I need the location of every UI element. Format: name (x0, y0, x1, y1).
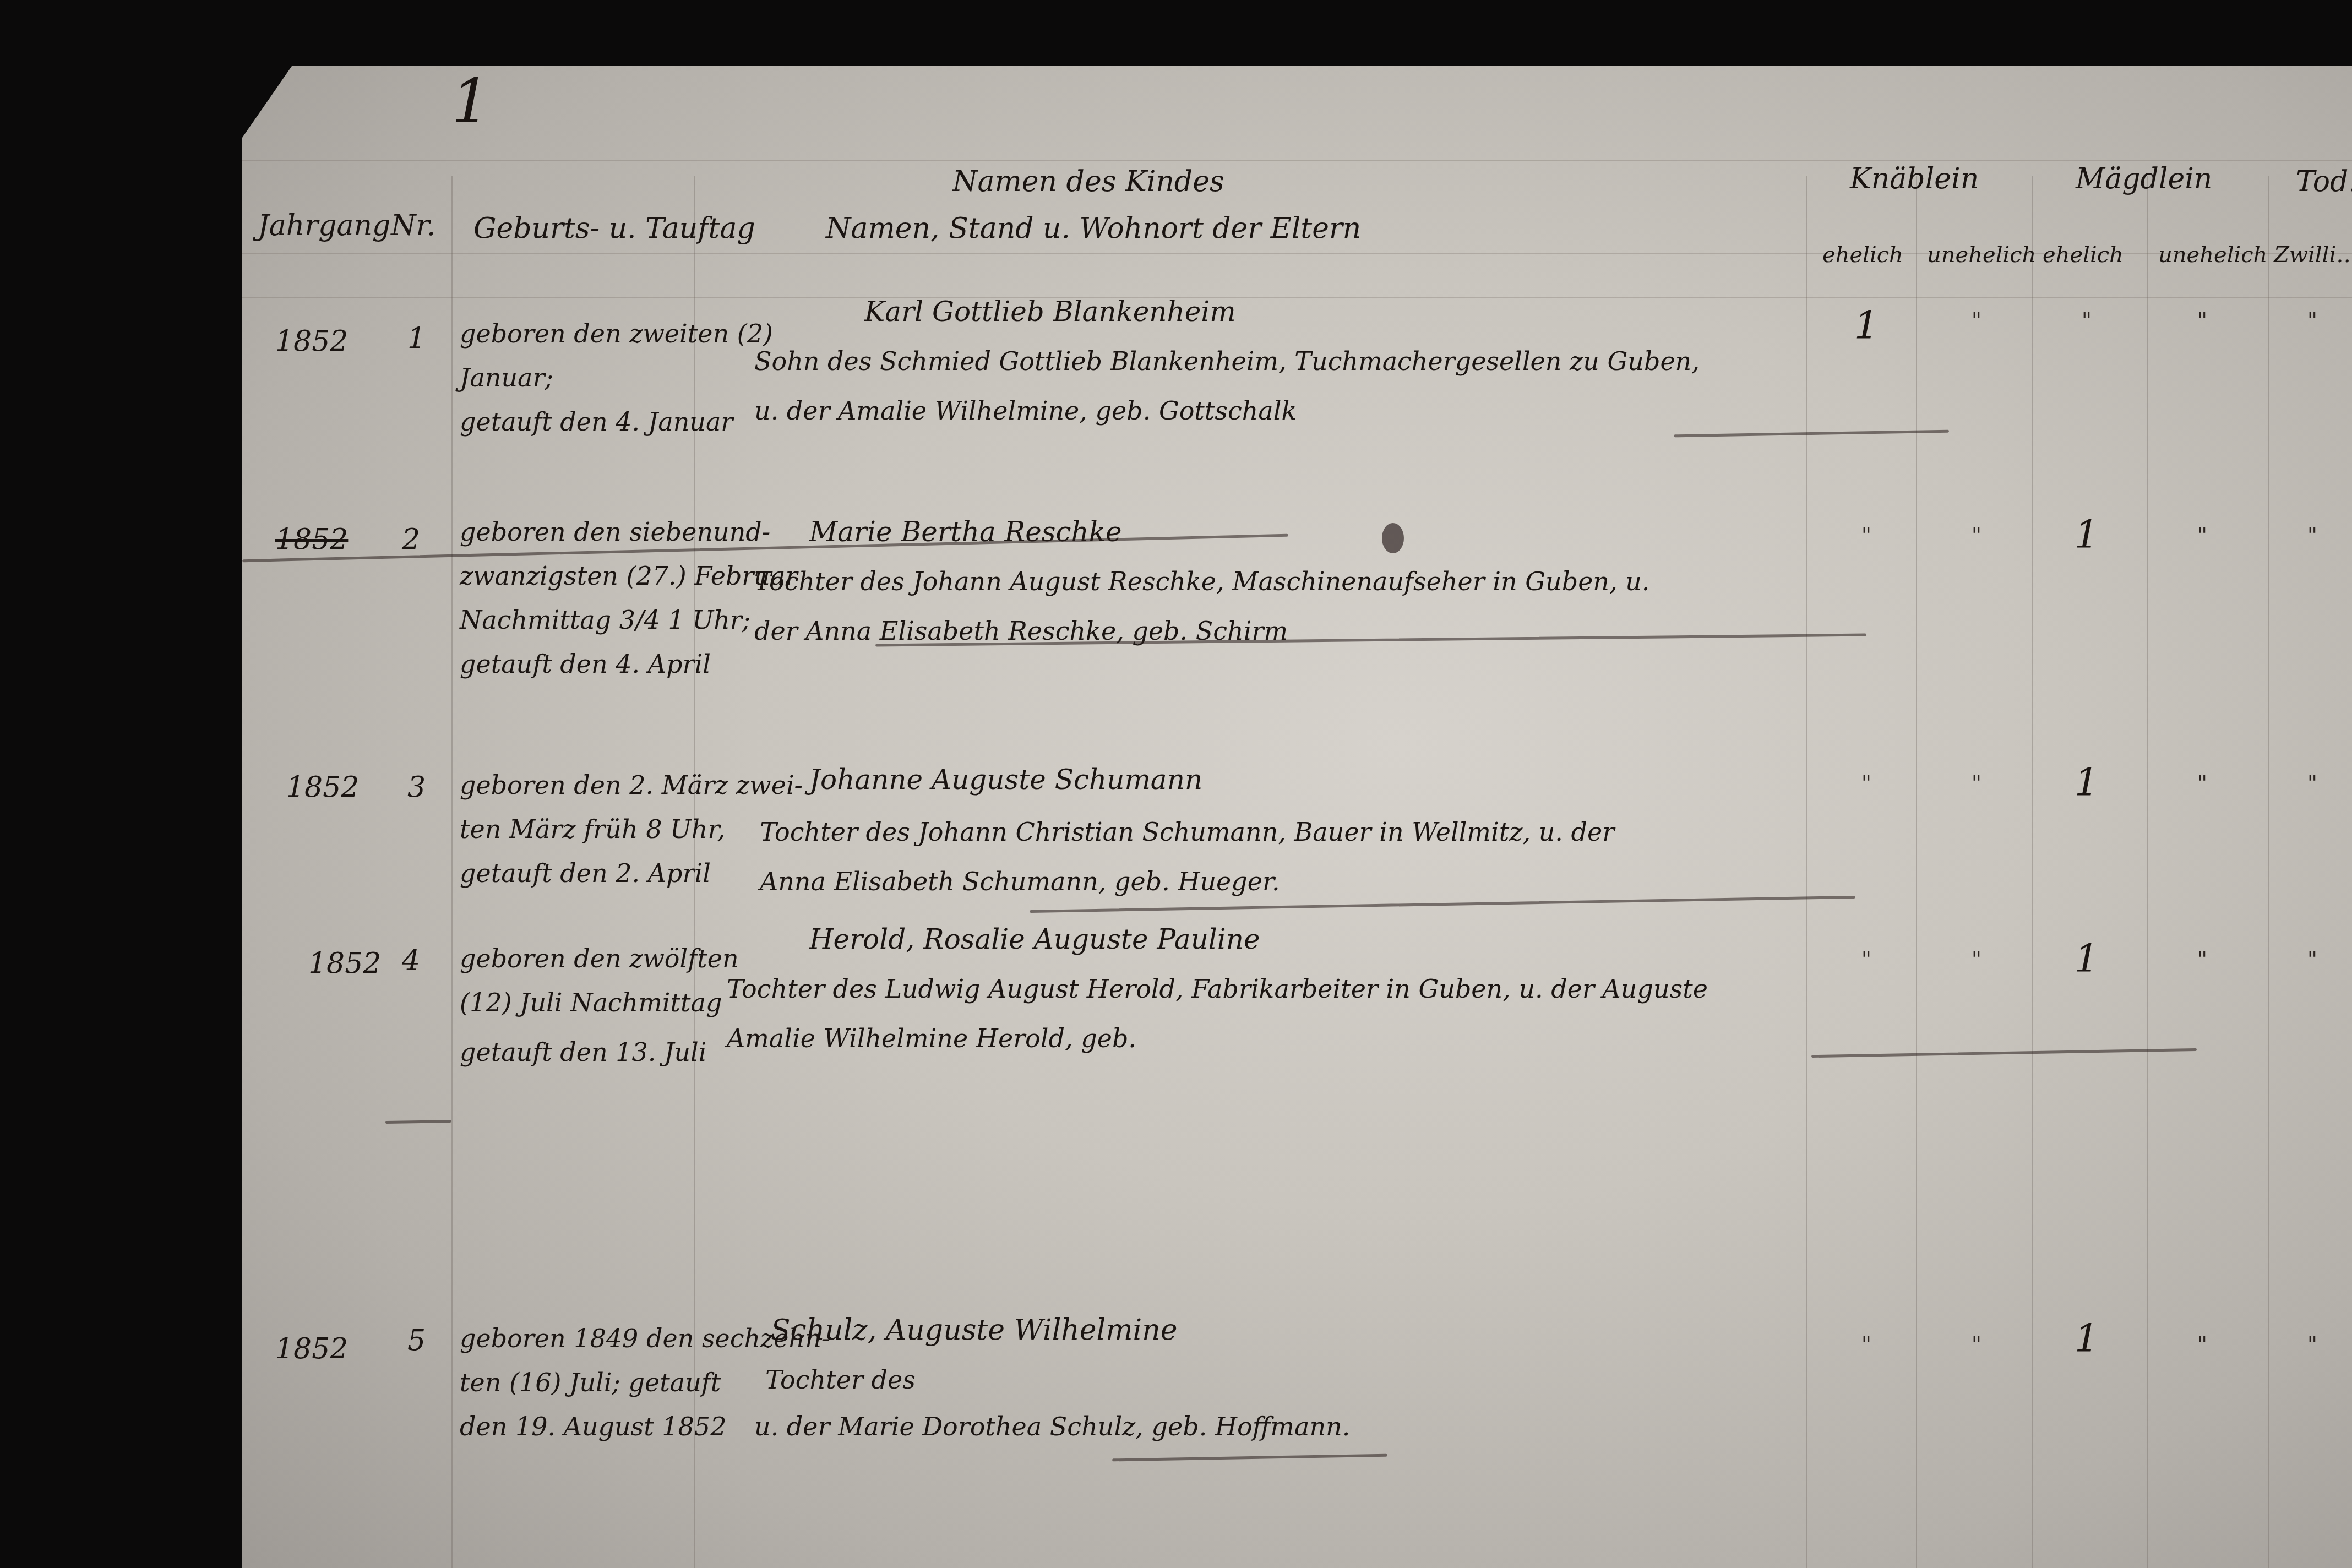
column-rule (2147, 176, 2148, 1568)
header-girls-illegit: unehelich (2158, 242, 2267, 268)
entry-parents-line: Anna Elisabeth Schumann, geb. Hueger. (760, 856, 1280, 907)
entry-child-name: Herold, Rosalie Auguste Pauline (809, 914, 1260, 965)
entry-number: 5 (407, 1324, 426, 1357)
entry-parents-line: u. der Amalie Wilhelmine, geb. Gottschal… (754, 385, 1297, 436)
entry-year: 1852 (275, 1332, 348, 1365)
tally-boys-illegit: " (1932, 947, 2021, 972)
entry-parents-line: Amalie Wilhelmine Herold, geb. (727, 1013, 1136, 1064)
entry-parents-line: der Anna Elisabeth Reschke, geb. Schirm (754, 606, 1288, 656)
entry-parents-line: Tochter des Johann Christian Schumann, B… (760, 807, 1614, 857)
column-rule (2032, 176, 2033, 1568)
entry-birth-line: geboren den zweiten (2) (460, 308, 773, 359)
tally-girls-legit: 1 (2043, 512, 2131, 557)
entry-number: 3 (407, 771, 426, 804)
tally-boys-legit: " (1822, 1332, 1910, 1358)
header-girls: Mägdlein (2076, 162, 2212, 195)
tally-last: " (2268, 771, 2352, 796)
entry-birth-line: getauft den 4. Januar (460, 396, 733, 447)
tally-last: " (2268, 523, 2352, 548)
entry-birth-line: den 19. August 1852 (460, 1401, 726, 1452)
ink-stain (1382, 523, 1404, 553)
ink-stroke (1674, 430, 1949, 438)
row-rule (242, 160, 2352, 161)
entry-number: 1 (407, 322, 426, 355)
ink-stroke (1112, 1454, 1387, 1462)
entry-child-name: Johanne Auguste Schumann (809, 754, 1202, 805)
entry-child-name: Karl Gottlieb Blankenheim (864, 286, 1236, 337)
entry-birth-line: getauft den 4. April (460, 639, 711, 689)
entry-child-name: Schulz, Auguste Wilhelmine (771, 1305, 1177, 1355)
entry-number: 2 (402, 523, 420, 556)
tally-last: " (2268, 1332, 2352, 1358)
column-rule (451, 176, 453, 1568)
tally-boys-illegit: " (1932, 523, 2021, 548)
tally-last: " (2268, 947, 2352, 972)
header-year: Jahrgang (258, 209, 390, 242)
entry-parents-line: u. der Marie Dorothea Schulz, geb. Hoffm… (754, 1401, 1350, 1452)
row-rule (242, 297, 2352, 298)
entry-birth-line: geboren den zwölften (460, 933, 739, 984)
tally-boys-legit: " (1822, 947, 1910, 972)
header-birth-baptism: Geburts- u. Tauftag (473, 212, 755, 245)
tally-girls-legit: 1 (2043, 1316, 2131, 1361)
entry-birth-line: Januar; (460, 352, 553, 403)
entry-birth-line: geboren den 2. März zwei- (460, 760, 803, 810)
header-parents: Namen, Stand u. Wohnort der Eltern (826, 212, 1361, 245)
entry-parents-line: Tochter des Johann August Reschke, Masch… (754, 556, 1650, 607)
entry-birth-line: (12) Juli Nachmittag (460, 977, 722, 1028)
tally-boys-legit: " (1822, 771, 1910, 796)
register-page: 1 Jahrgang Nr. Geburts- u. Tauftag Namen… (242, 66, 2352, 1568)
entry-year: 1852 (275, 523, 348, 556)
tally-boys-illegit: " (1932, 308, 2021, 334)
tally-boys-legit: 1 (1822, 303, 1910, 348)
tally-girls-legit: 1 (2043, 936, 2131, 981)
header-last: Tod… (2296, 165, 2352, 198)
entry-birth-line: ten März früh 8 Uhr, (460, 804, 725, 854)
entry-parents-line: Tochter des (765, 1354, 916, 1405)
tally-girls-illegit: " (2158, 947, 2246, 972)
header-girls-legit: ehelich (2043, 242, 2124, 268)
header-boys-illegit: unehelich (1927, 242, 2036, 268)
tally-boys-illegit: " (1932, 1332, 2021, 1358)
entry-child-name: Marie Bertha Reschke (809, 507, 1122, 557)
entry-number: 4 (402, 944, 420, 977)
column-rule (1806, 176, 1807, 1568)
entry-birth-line: getauft den 13. Juli (460, 1027, 707, 1077)
tally-girls-illegit: " (2158, 308, 2246, 334)
tally-girls-illegit: " (2158, 771, 2246, 796)
entry-year: 1852 (286, 771, 359, 804)
tally-girls-legit: " (2043, 308, 2131, 334)
tally-girls-illegit: " (2158, 523, 2246, 548)
header-child-name: Namen des Kindes (952, 165, 1224, 198)
header-number: Nr. (391, 209, 435, 242)
ink-stroke (1811, 1048, 2197, 1058)
column-rule (2268, 176, 2269, 1568)
tally-last: " (2268, 308, 2352, 334)
column-rule (1916, 176, 1917, 1568)
header-last-sub: Zwilli… (2274, 242, 2352, 268)
entry-birth-line: zwanzigsten (27.) Februar (460, 551, 797, 601)
tally-girls-illegit: " (2158, 1332, 2246, 1358)
entry-year: 1852 (275, 325, 348, 358)
tally-boys-illegit: " (1932, 771, 2021, 796)
entry-birth-line: ten (16) Juli; getauft (460, 1357, 721, 1408)
entry-parents-line: Tochter des Ludwig August Herold, Fabrik… (727, 963, 1708, 1014)
entry-birth-line: Nachmittag 3/4 1 Uhr; (460, 595, 750, 645)
entry-birth-line: getauft den 2. April (460, 848, 711, 899)
entry-year: 1852 (308, 947, 381, 980)
header-boys-legit: ehelich (1822, 242, 1903, 268)
header-boys: Knäblein (1850, 162, 1979, 195)
page-number: 1 (451, 66, 490, 137)
tally-boys-legit: " (1822, 523, 1910, 548)
entry-parents-line: Sohn des Schmied Gottlieb Blankenheim, T… (754, 336, 1700, 386)
tally-girls-legit: 1 (2043, 760, 2131, 805)
ink-stroke (385, 1120, 451, 1124)
